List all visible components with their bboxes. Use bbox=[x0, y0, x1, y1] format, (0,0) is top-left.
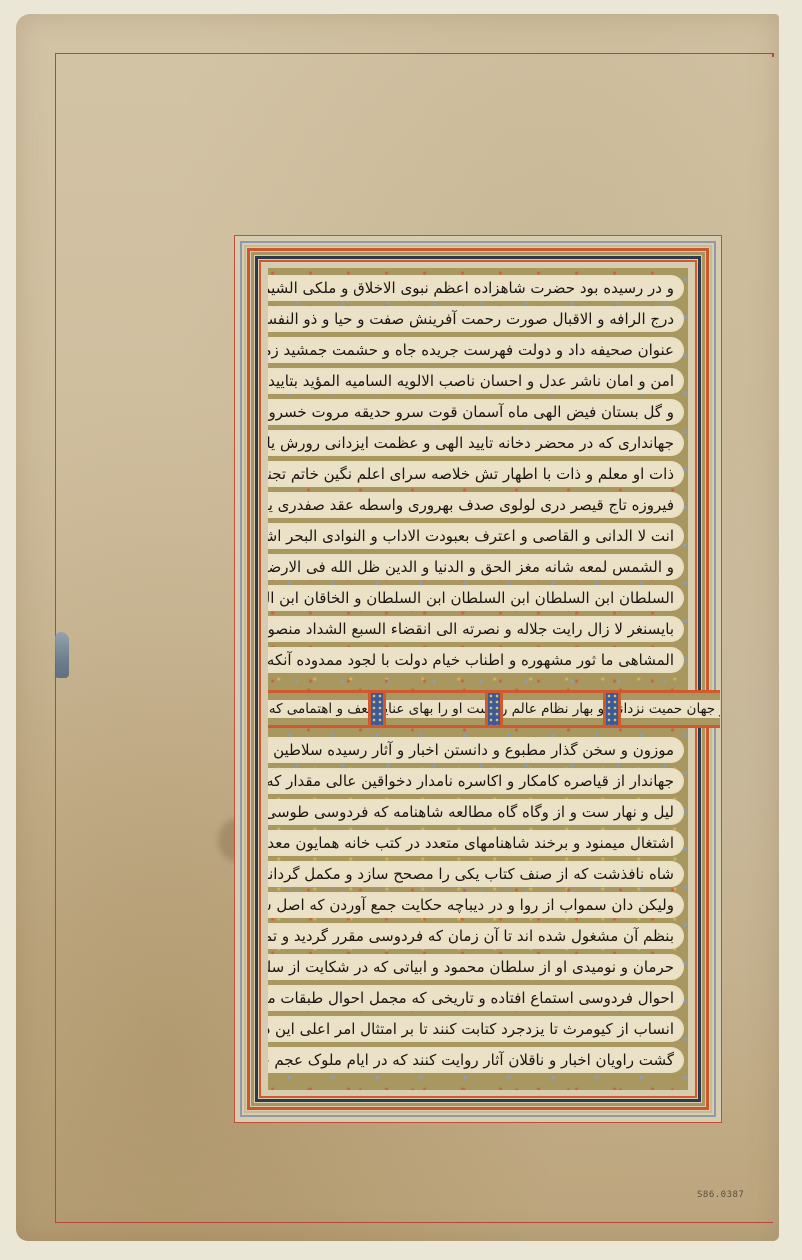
calligraphy-text-area: و در رسیده بود حضرت شاهزاده اعظم نبوی ال… bbox=[268, 268, 688, 1090]
text-line: بایسنغر لا زال رایت جلاله و نصرته الی ان… bbox=[268, 613, 688, 644]
text-line: لیل و نهار ست و از وگاه گاه مطالعه شاهنا… bbox=[268, 796, 688, 827]
text-line: درج الرافه و الاقبال صورت رحمت آفرینش صف… bbox=[268, 303, 688, 334]
text-line: ذات او معلم و ذات با اطهار تش خلاصه سرای… bbox=[268, 458, 688, 489]
hemistich-2: نو بهار نظام عالم را bbox=[503, 693, 603, 725]
text-line: المشاهی ما ثور مشهوره و اطناب خیام دولت … bbox=[268, 644, 688, 675]
text-line: انساب از کیومرث تا یزدجرد کتابت کنند تا … bbox=[268, 1013, 688, 1044]
text-line: جهانداری که در محضر دخانه تایید الهی و ع… bbox=[268, 427, 688, 458]
text-line: فیروزه تاج قیصر دری لولوی صدف بهروری واس… bbox=[268, 489, 688, 520]
text-line: احوال فردوسی استماع افتاده و تاریخی که م… bbox=[268, 982, 688, 1013]
outer-margin-rule-corner bbox=[772, 53, 774, 57]
text-line: و در رسیده بود حضرت شاهزاده اعظم نبوی ال… bbox=[268, 272, 688, 303]
accession-number: S86.0387 bbox=[697, 1190, 744, 1200]
blue-pigment-stain bbox=[55, 632, 69, 678]
illuminated-divider bbox=[368, 693, 386, 725]
hemistich-1: در جهان حمیت نزدانی bbox=[621, 693, 721, 725]
text-line: جهاندار از قیاصره کامکار و اکاسره نامدار… bbox=[268, 765, 688, 796]
hemistich-3: دست او را بهای عنایی bbox=[386, 693, 486, 725]
text-line: حرمان و نومیدی او از سلطان محمود و ابیات… bbox=[268, 951, 688, 982]
text-line: انت لا الدانی و القاصی و اعترف بعبودت ال… bbox=[268, 520, 688, 551]
text-line: بنظم آن مشغول شده اند تا آن زمان که فردو… bbox=[268, 920, 688, 951]
text-line: اشتغال میمنود و برخند شاهنامهای متعدد در… bbox=[268, 827, 688, 858]
text-line: شاه نافذشت که از صنف کتاب یکی را مصحح سا… bbox=[268, 858, 688, 889]
text-line: ولیکن دان سمواب از روا و در دیباچه حکایت… bbox=[268, 889, 688, 920]
illuminated-divider bbox=[603, 693, 621, 725]
text-line: و گل بستان فیض الهی ماه آسمان قوت سرو حد… bbox=[268, 396, 688, 427]
text-line-last: گشت راویان اخبار و ناقلان آثار روایت کنن… bbox=[268, 1044, 688, 1075]
last-line-text: گشت راویان اخبار و ناقلان آثار روایت کنن… bbox=[268, 1051, 674, 1069]
text-line: موزون و سخن گذار مطبوع و دانستن اخبار و … bbox=[268, 734, 688, 765]
upper-text-block: و در رسیده بود حضرت شاهزاده اعظم نبوی ال… bbox=[268, 272, 688, 675]
text-line: و الشمس لمعه شانه مغز الحق و الدنیا و ال… bbox=[268, 551, 688, 582]
verse-couplet-row: در جهان حمیت نزدانی نو بهار نظام عالم را… bbox=[268, 690, 720, 728]
lower-text-block: موزون و سخن گذار مطبوع و دانستن اخبار و … bbox=[268, 734, 688, 1075]
text-line: امن و امان ناشر عدل و احسان ناصب الالویه… bbox=[268, 365, 688, 396]
illuminated-divider bbox=[485, 693, 503, 725]
text-line: السلطان ابن السلطان ابن السلطان ابن السل… bbox=[268, 582, 688, 613]
text-line: عنوان صحیفه داد و دولت فهرست جریده جاه و… bbox=[268, 334, 688, 365]
hemistich-4: از ضعف و اهتمامی که کلام bbox=[268, 693, 368, 725]
